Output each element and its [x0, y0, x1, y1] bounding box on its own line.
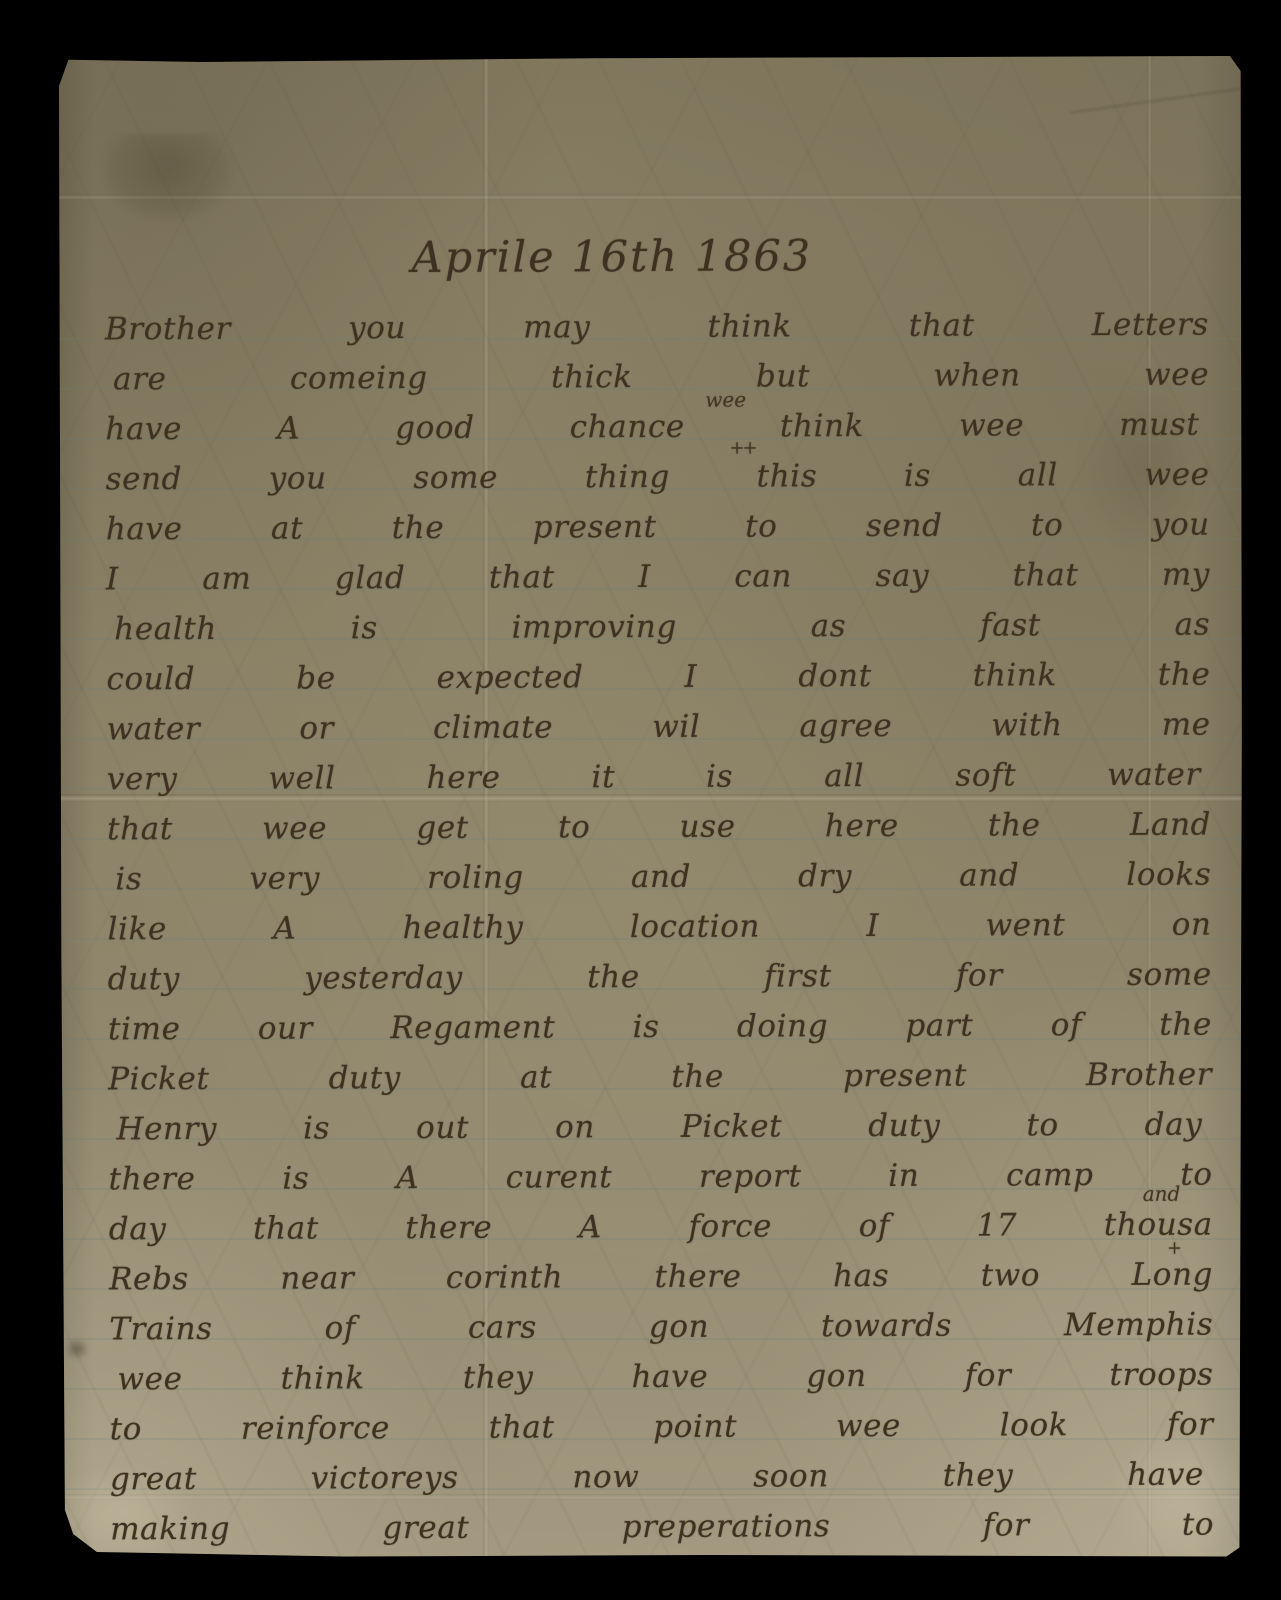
caret-mark: +: [1167, 1238, 1182, 1259]
letter-line: send you some thing this is all wee: [105, 450, 1209, 505]
letter-line: there is A curent report in camp to: [109, 1150, 1213, 1205]
letter-line: have A good chance think wee must: [105, 400, 1209, 455]
letter-line: Henry is out on Picket duty to day: [108, 1100, 1212, 1155]
handwritten-text-layer: Aprile 16th 1863 Brother you may think t…: [56, 53, 1247, 1560]
letter-line: have at the present to send to you: [106, 500, 1210, 555]
letter-line: making great preperations for to: [110, 1500, 1214, 1555]
letter-line: that wee get to use here the Land: [107, 800, 1211, 855]
letter-paper: Aprile 16th 1863 Brother you may think t…: [59, 56, 1243, 1558]
letter-line: could be expected I dont think the: [106, 650, 1210, 705]
letter-line: I am glad that I can say that my: [106, 550, 1210, 605]
letter-body: Brother you may think that Letters are c…: [105, 300, 1214, 1555]
inserted-word-end-above-line: and: [1143, 1182, 1181, 1206]
letter-line: Brother you may think that Letters: [105, 300, 1209, 355]
letter-line: Trains of cars gon towards Memphis: [109, 1300, 1213, 1355]
letter-date-line: Aprile 16th 1863: [411, 231, 931, 283]
letter-line: day that there A force of 17 thousa: [109, 1200, 1213, 1255]
letter-line: to reinforce that point wee look for: [110, 1400, 1214, 1455]
letter-line: great victoreys now soon they have: [110, 1450, 1214, 1505]
letter-line: time our Regament is doing part of the: [108, 1000, 1212, 1055]
caret-marks: ++: [729, 438, 755, 459]
letter-line: duty yesterday the first for some: [108, 950, 1212, 1005]
letter-line: very well here it is all soft water: [107, 750, 1211, 805]
letter-line: wee think they have gon for troops: [109, 1350, 1213, 1405]
letter-line: is very roling and dry and looks: [107, 850, 1211, 905]
inserted-word-above-line: wee: [705, 388, 746, 412]
letter-line: health is improving as fast as: [106, 600, 1210, 655]
letter-line: Picket duty at the present Brother: [108, 1050, 1212, 1105]
letter-line: are comeing thick but when wee: [105, 350, 1209, 405]
letter-line: water or climate wil agree with me: [107, 700, 1211, 755]
letter-line: like A healthy location I went on: [107, 900, 1211, 955]
letter-line: Rebs near corinth there has two Long: [109, 1250, 1213, 1305]
